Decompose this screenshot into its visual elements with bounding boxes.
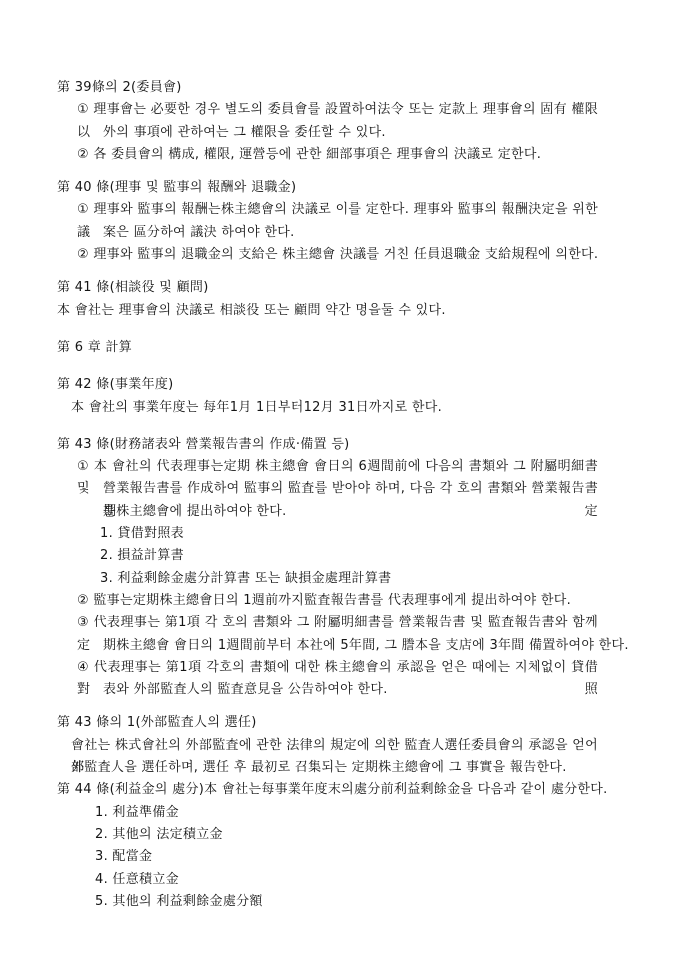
- article-40-item-1-cont: 案은 區分하여 議決 하여야 한다.: [103, 222, 680, 244]
- article-44-sub-2: 2. 其他의 法定積立金: [95, 824, 680, 846]
- article-40-heading: 第 40 條(理事 및 監事의 報酬와 退職金): [57, 177, 680, 199]
- article-43: 第 43 條(財務諸表와 營業報告書의 作成·備置 등) ① 本 會社의 代表理…: [0, 434, 680, 702]
- article-43-item-1: ① 本 會社의 代表理事는定期 株主總會 會日의 6週間前에 다음의 書類와 그…: [77, 456, 598, 478]
- article-39-2-item-1: ① 理事會는 必要한 경우 별도의 委員會를 設置하여法令 또는 定款上 理事會…: [77, 99, 598, 121]
- article-41-body: 本 會社는 理事會의 決議로 相談役 또는 顧問 약간 명을둘 수 있다.: [57, 300, 680, 322]
- article-39-2-item-2: ② 各 委員會의 構成, 權限, 運營등에 관한 細部事項은 理事會의 決議로 …: [77, 144, 680, 166]
- article-44-heading: 第 44 條(利益金의 處分)本 會社는每事業年度末의處分前利益剩餘金을 다음과…: [57, 779, 680, 801]
- article-41: 第 41 條(相談役 및 顧問) 本 會社는 理事會의 決議로 相談役 또는 顧…: [0, 277, 680, 322]
- chapter-6-heading: 第 6 章 計算: [57, 337, 680, 359]
- article-41-heading: 第 41 條(相談役 및 顧問): [57, 277, 680, 299]
- article-44-sub-1: 1. 利益準備金: [95, 802, 680, 824]
- article-43-item-3: ③ 代表理事는 第1項 각 호의 書類와 그 附屬明細書를 營業報告書 및 監査…: [77, 612, 598, 634]
- article-44-sub-5: 5. 其他의 利益剩餘金處分額: [95, 891, 680, 913]
- article-43-1-heading: 第 43 條의 1(外部監査人의 選任): [57, 712, 680, 734]
- article-40-item-1: ① 理事와 監事의 報酬는株主總會의 決議로 이를 定한다. 理事와 監事의 報…: [77, 199, 598, 221]
- article-39-2-heading: 第 39條의 2(委員會): [57, 77, 680, 99]
- article-43-item-3-cont: 期株主總會 會日의 1週間前부터 本社에 5年間, 그 謄本을 支店에 3年間 …: [103, 635, 680, 657]
- article-44-sub-4: 4. 任意積立金: [95, 869, 680, 891]
- article-42: 第 42 條(事業年度) 本 會社의 事業年度는 每年1月 1日부터12月 31…: [0, 374, 680, 419]
- article-39-2: 第 39條의 2(委員會) ① 理事會는 必要한 경우 별도의 委員會를 設置하…: [0, 77, 680, 166]
- article-39-2-item-1-cont: 外의 事項에 관하여는 그 權限을 委任할 수 있다.: [103, 122, 680, 144]
- article-43-item-2: ② 監事는定期株主總會日의 1週前까지監査報告書를 代表理事에게 提出하여야 한…: [77, 590, 680, 612]
- article-43-sub-3: 3. 利益剩餘金處分計算書 또는 缺損金處理計算書: [100, 568, 680, 590]
- article-43-sub-2: 2. 損益計算書: [100, 545, 680, 567]
- article-44-sub-3: 3. 配當金: [95, 846, 680, 868]
- article-43-heading: 第 43 條(財務諸表와 營業報告書의 作成·備置 등): [57, 434, 680, 456]
- articles-of-incorporation-document: 第 39條의 2(委員會) ① 理事會는 必要한 경우 별도의 委員會를 設置하…: [0, 0, 680, 913]
- article-40-item-2: ② 理事와 監事의 退職金의 支給은 株主總會 決議를 거친 任員退職金 支給規…: [77, 244, 680, 266]
- article-43-1: 第 43 條의 1(外部監査人의 選任) 會社는 株式會社의 外部監査에 관한 …: [0, 712, 680, 779]
- article-43-sub-1: 1. 貸借對照表: [100, 523, 680, 545]
- article-43-item-1-cont-1: 營業報告書를 作成하여 監事의 監査를 받아야 하며, 다음 각 호의 書類와 …: [103, 478, 598, 500]
- article-43-item-4: ④ 代表理事는 第1項 각호의 書類에 대한 株主總會의 承認을 얻은 때에는 …: [77, 657, 598, 679]
- article-42-heading: 第 42 條(事業年度): [57, 374, 680, 396]
- article-40: 第 40 條(理事 및 監事의 報酬와 退職金) ① 理事와 監事의 報酬는株主…: [0, 177, 680, 266]
- article-42-body: 本 會社의 事業年度는 每年1月 1日부터12月 31日까지로 한다.: [71, 397, 680, 419]
- chapter-6: 第 6 章 計算: [0, 337, 680, 359]
- article-44: 第 44 條(利益金의 處分)本 會社는每事業年度末의處分前利益剩餘金을 다음과…: [0, 779, 680, 913]
- document-page: 第 39條의 2(委員會) ① 理事會는 必要한 경우 별도의 委員會를 設置하…: [0, 0, 680, 962]
- article-43-1-body-2: 部監査人을 選任하며, 選任 후 最初로 召集되는 定期株主總會에 그 事實을 …: [71, 757, 680, 779]
- article-43-1-body-1: 會社는 株式會社의 外部監査에 관한 法律의 規定에 의한 監査人選任委員會의 …: [71, 735, 598, 757]
